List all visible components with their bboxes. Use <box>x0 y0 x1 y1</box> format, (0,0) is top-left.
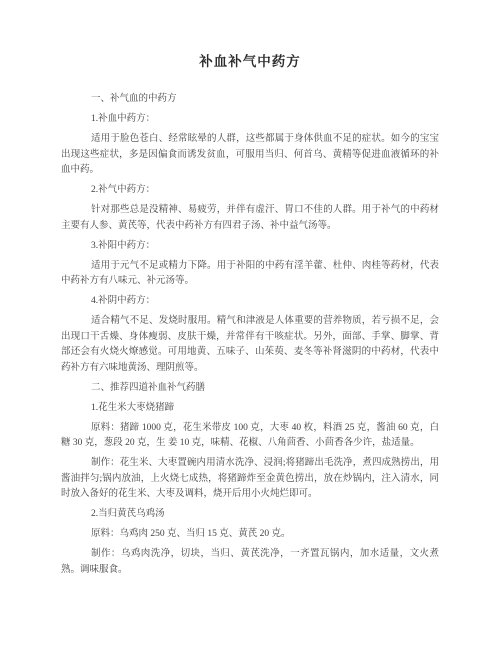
paragraph-1-4: 适合精气不足、发烧时服用。精气和津液是人体重要的营养物质，若亏损不足，会出现口干… <box>61 314 439 376</box>
item-label-1-1: 1.补血中药方： <box>91 112 439 128</box>
paragraph-2-2-ingredients: 原料：乌鸡肉 250 克、当归 15 克、黄芪 20 克。 <box>61 527 439 543</box>
paragraph-1-1: 适用于脸色苍白、经常眩晕的人群，这些都属于身体供血不足的症状。如今的宝宝出现这些… <box>61 132 439 179</box>
paragraph-1-3: 适用于元气不足或精力下降。用于补阳的中药有淫羊藿、杜仲、肉桂等药材，代表中药补方… <box>61 259 439 290</box>
paragraph-2-2-method: 制作：乌鸡肉洗净，切块，当归、黄芪洗净，一齐置瓦锅内，加水适量，文火煮熟。调味服… <box>61 547 439 578</box>
document-page: 补血补气中药方 一、补气血的中药方 1.补血中药方： 适用于脸色苍白、经常眩晕的… <box>0 0 500 647</box>
paragraph-2-1-method: 制作：花生米、大枣置碗内用清水洗净、浸润;将猪蹄出毛洗净，煮四成熟捞出，用酱油拌… <box>61 456 439 503</box>
paragraph-2-1-ingredients: 原料：猪蹄 1000 克，花生米带皮 100 克，大枣 40 枚，料酒 25 克… <box>61 421 439 452</box>
paragraph-1-2: 针对那些总是没精神、易疲劳，并伴有虚汗、胃口不佳的人群。用于补气的中药材主要有人… <box>61 203 439 234</box>
section-heading-1: 一、补气血的中药方 <box>91 92 439 108</box>
section-heading-2: 二、推荐四道补血补气药膳 <box>91 381 439 397</box>
item-label-1-4: 4.补阴中药方： <box>91 294 439 310</box>
document-title: 补血补气中药方 <box>61 54 439 70</box>
item-label-2-2: 2.当归黄芪乌鸡汤 <box>91 507 439 523</box>
item-label-1-3: 3.补阳中药方： <box>91 239 439 255</box>
item-label-2-1: 1.花生米大枣烧猪蹄 <box>91 401 439 417</box>
item-label-1-2: 2.补气中药方： <box>91 183 439 199</box>
